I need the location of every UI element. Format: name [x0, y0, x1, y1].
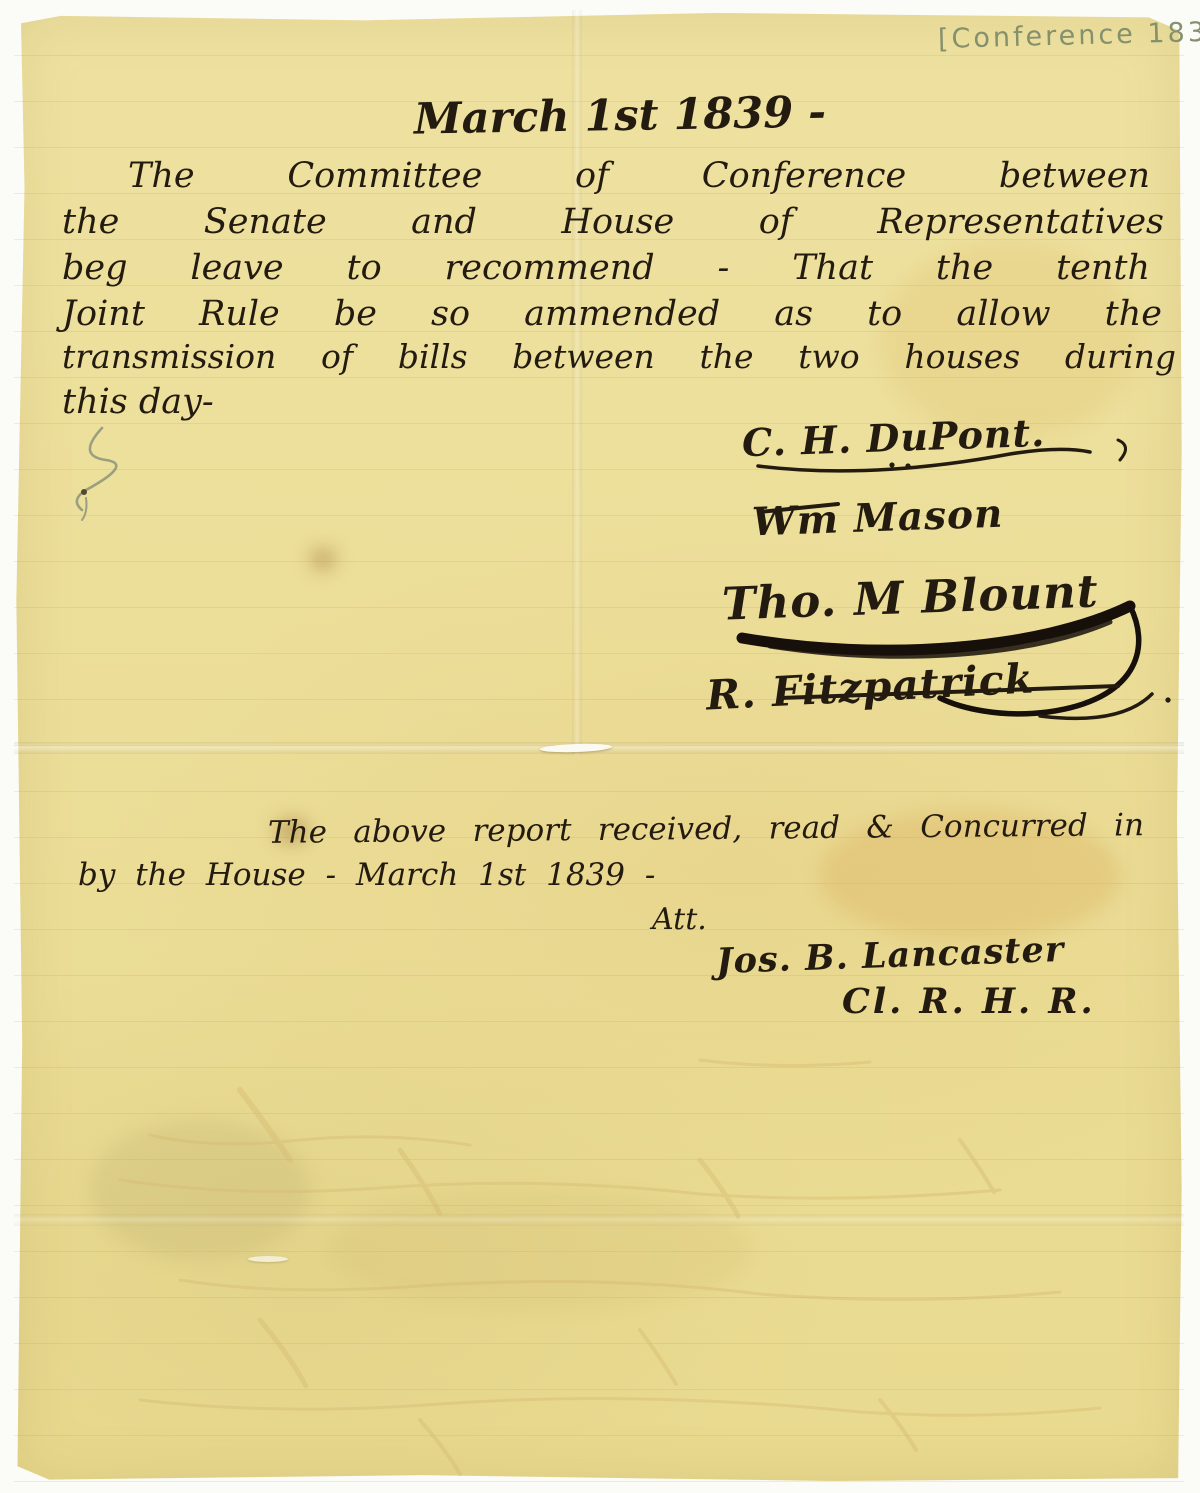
body-line-2: the Senate and House of Representatives [62, 202, 1164, 242]
body-line-3: beg leave to recommend - That the tenth [62, 248, 1150, 288]
paper-tear [248, 1256, 288, 1262]
body-line-4: Joint Rule be so ammended as to allow th… [62, 294, 1162, 334]
clerk-title: Cl. R. H. R. [842, 982, 1096, 1022]
body-line-5: transmission of bills between the two ho… [62, 338, 1176, 376]
attest-label: Att. [652, 903, 707, 938]
endorsement-line-2: by the House - March 1st 1839 - [78, 858, 655, 894]
date-heading: March 1st 1839 - [340, 87, 901, 146]
scanned-document-page: { "pencil_annotation": "[Conference 1839… [0, 0, 1200, 1493]
signature-mason: Wm Mason [751, 492, 1004, 546]
body-line-6: this day- [62, 382, 214, 422]
body-line-1: The Committee of Conference between [128, 156, 1150, 196]
